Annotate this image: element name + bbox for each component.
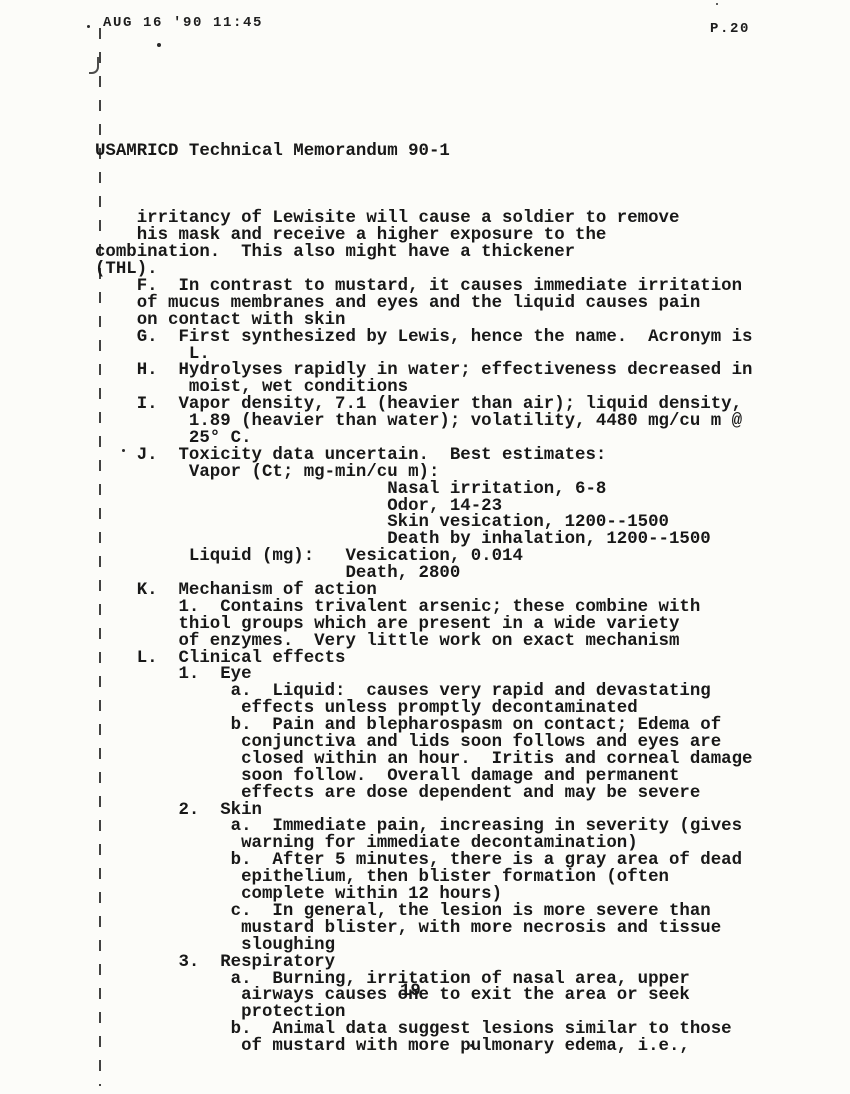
fax-timestamp: AUG 16 '90 11:45 bbox=[103, 15, 263, 31]
fax-page-number: P.20 bbox=[710, 21, 750, 37]
body-line: combination. This also might have a thic… bbox=[95, 245, 752, 262]
scan-dot-artifact bbox=[716, 3, 718, 5]
scan-dot-artifact bbox=[87, 25, 90, 28]
document-body: USAMRICD Technical Memorandum 90-1 irrit… bbox=[95, 110, 752, 1090]
hook-mark-artifact bbox=[89, 57, 99, 74]
body-line: of mustard with more pulmonary edema, i.… bbox=[95, 1039, 752, 1056]
scanned-page: AUG 16 '90 11:45 P.20 USAMRICD Technical… bbox=[0, 0, 850, 1094]
document-lines: irritancy of Lewisite will cause a soldi… bbox=[95, 211, 752, 1056]
body-line: G. First synthesized by Lewis, hence the… bbox=[95, 330, 752, 347]
page-number: 19 bbox=[400, 982, 421, 1001]
body-line: 3. Respiratory bbox=[95, 955, 752, 972]
document-title: USAMRICD Technical Memorandum 90-1 bbox=[95, 144, 752, 161]
scan-dot-artifact bbox=[157, 43, 161, 47]
